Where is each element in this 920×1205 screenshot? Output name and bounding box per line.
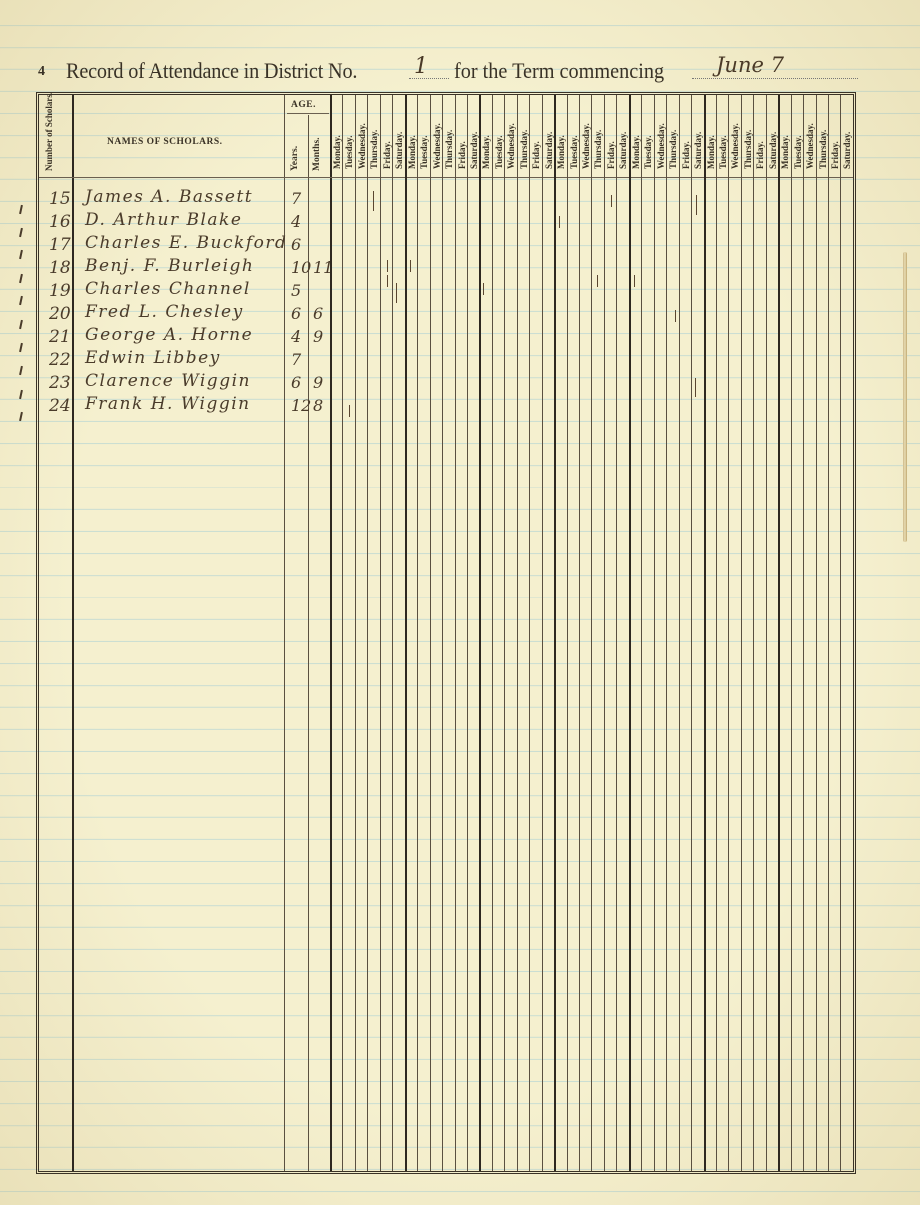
day-header: Thursday. (518, 99, 530, 169)
scholar-number: 15 (49, 189, 71, 209)
day-header: Thursday. (592, 99, 604, 169)
scholar-number: 17 (49, 235, 71, 255)
attendance-mark (611, 195, 612, 207)
attendance-mark (349, 405, 350, 417)
age-years: 4 (291, 212, 301, 231)
day-header: Thursday. (667, 99, 679, 169)
col-number-header: Number of Scholars. (43, 109, 55, 171)
age-months: 8 (313, 396, 323, 415)
scholar-name: Charles E. Buckford (85, 233, 287, 253)
attendance-mark (483, 283, 484, 295)
scholar-name: Charles Channel (85, 279, 251, 299)
attendance-mark (387, 260, 388, 272)
day-header: Tuesday. (642, 99, 654, 169)
day-header: Saturday. (543, 99, 555, 169)
margin-tick (19, 296, 23, 305)
day-header: Monday. (331, 99, 343, 169)
scholar-row: 16D. Arthur Blake4 (39, 212, 853, 235)
col-names-header: NAMES OF SCHOLARS. (107, 137, 223, 147)
day-header: Friday. (605, 99, 617, 169)
day-header: Wednesday. (729, 99, 741, 169)
day-header: Wednesday. (505, 99, 517, 169)
margin-tick (19, 366, 23, 375)
day-header: Thursday. (817, 99, 829, 169)
header-rule (39, 177, 853, 178)
day-header: Friday. (754, 99, 766, 169)
scholar-row: 20Fred L. Chesley66 (39, 304, 853, 327)
scholar-name: Benj. F. Burleigh (85, 256, 254, 276)
scholar-row: 19Charles Channel5 (39, 281, 853, 304)
age-months: 6 (313, 304, 323, 323)
attendance-mark (634, 275, 635, 287)
attendance-mark (387, 275, 388, 287)
day-header: Tuesday. (717, 99, 729, 169)
day-header: Friday. (530, 99, 542, 169)
margin-tick (19, 412, 23, 421)
term-start-date: June 7 (716, 53, 784, 77)
col-months-header: Months. (312, 123, 322, 171)
scholar-name: George A. Horne (85, 325, 253, 345)
day-header: Friday. (456, 99, 468, 169)
day-header: Wednesday. (655, 99, 667, 169)
term-label: for the Term commencing (454, 58, 664, 84)
scholar-number: 23 (49, 373, 71, 393)
age-years: 6 (291, 235, 301, 254)
day-header: Thursday. (742, 99, 754, 169)
age-years: 7 (291, 350, 301, 369)
day-header: Saturday. (393, 99, 405, 169)
scholar-number: 21 (49, 327, 71, 347)
day-header: Thursday. (443, 99, 455, 169)
day-header: Monday. (480, 99, 492, 169)
day-header: Thursday. (368, 99, 380, 169)
scholar-row: 22Edwin Libbey7 (39, 350, 853, 373)
scholar-number: 18 (49, 258, 71, 278)
day-header: Wednesday. (356, 99, 368, 169)
margin-tick (19, 274, 23, 283)
day-header: Saturday. (841, 99, 853, 169)
day-header: Monday. (555, 99, 567, 169)
age-months: 9 (313, 327, 323, 346)
scholar-row: 23Clarence Wiggin69 (39, 373, 853, 396)
scholar-name: Edwin Libbey (85, 348, 221, 368)
scholar-row: 15James A. Bassett7 (39, 189, 853, 212)
scholar-name: Fred L. Chesley (85, 302, 244, 322)
age-years: 5 (291, 281, 301, 300)
day-header: Wednesday. (804, 99, 816, 169)
page-header: 4 Record of Attendance in District No. 1… (36, 56, 856, 88)
attendance-mark (373, 199, 374, 211)
scholar-row: 24Frank H. Wiggin128 (39, 396, 853, 419)
day-header: Tuesday. (493, 99, 505, 169)
day-header: Wednesday. (580, 99, 592, 169)
scholar-number: 22 (49, 350, 71, 370)
attendance-mark (559, 216, 560, 228)
scholar-number: 19 (49, 281, 71, 301)
scholar-row: 18Benj. F. Burleigh1011 (39, 258, 853, 281)
day-header: Saturday. (767, 99, 779, 169)
age-years: 7 (291, 189, 301, 208)
margin-tick (19, 250, 23, 259)
attendance-mark (597, 275, 598, 287)
attendance-mark (396, 291, 397, 303)
day-header: Tuesday. (343, 99, 355, 169)
page-number: 4 (38, 64, 45, 80)
margin-tick (19, 343, 23, 352)
day-header: Friday. (680, 99, 692, 169)
attendance-mark (675, 310, 676, 322)
attendance-mark (696, 203, 697, 215)
attendance-table: Number of Scholars. NAMES OF SCHOLARS. A… (36, 92, 856, 1174)
margin-tick (19, 320, 23, 329)
day-header: Monday. (705, 99, 717, 169)
scholar-number: 24 (49, 396, 71, 416)
scholar-number: 16 (49, 212, 71, 232)
day-header: Monday. (630, 99, 642, 169)
day-header: Saturday. (468, 99, 480, 169)
age-years: 4 (291, 327, 301, 346)
margin-tick (19, 390, 23, 399)
scholar-number: 20 (49, 304, 71, 324)
age-rule (287, 113, 329, 114)
page-title: Record of Attendance in District No. (66, 58, 357, 84)
age-years: 12 (291, 396, 311, 415)
day-header: Saturday. (692, 99, 704, 169)
scholar-name: James A. Bassett (85, 187, 253, 207)
age-years: 10 (291, 258, 311, 277)
district-number: 1 (414, 54, 428, 79)
day-header: Friday. (381, 99, 393, 169)
age-years: 6 (291, 304, 301, 323)
day-header: Tuesday. (418, 99, 430, 169)
age-years: 6 (291, 373, 301, 392)
day-header: Tuesday. (792, 99, 804, 169)
attendance-mark (695, 385, 696, 397)
day-header: Wednesday. (431, 99, 443, 169)
scholar-name: D. Arthur Blake (85, 210, 242, 230)
day-header: Monday. (406, 99, 418, 169)
col-age-header: AGE. (291, 100, 316, 110)
margin-tick (19, 228, 23, 237)
col-years-header: Years. (290, 129, 300, 171)
scholar-row: 17Charles E. Buckford6 (39, 235, 853, 258)
day-header: Friday. (829, 99, 841, 169)
age-months: 9 (313, 373, 323, 392)
age-months: 11 (313, 258, 333, 277)
scholar-name: Frank H. Wiggin (85, 394, 251, 414)
day-header: Saturday. (617, 99, 629, 169)
attendance-mark (410, 260, 411, 272)
day-header: Tuesday. (568, 99, 580, 169)
paper-tear (903, 252, 907, 542)
margin-tick (19, 205, 23, 214)
scholar-row: 21George A. Horne49 (39, 327, 853, 350)
scholar-name: Clarence Wiggin (85, 371, 251, 391)
day-header: Monday. (779, 99, 791, 169)
